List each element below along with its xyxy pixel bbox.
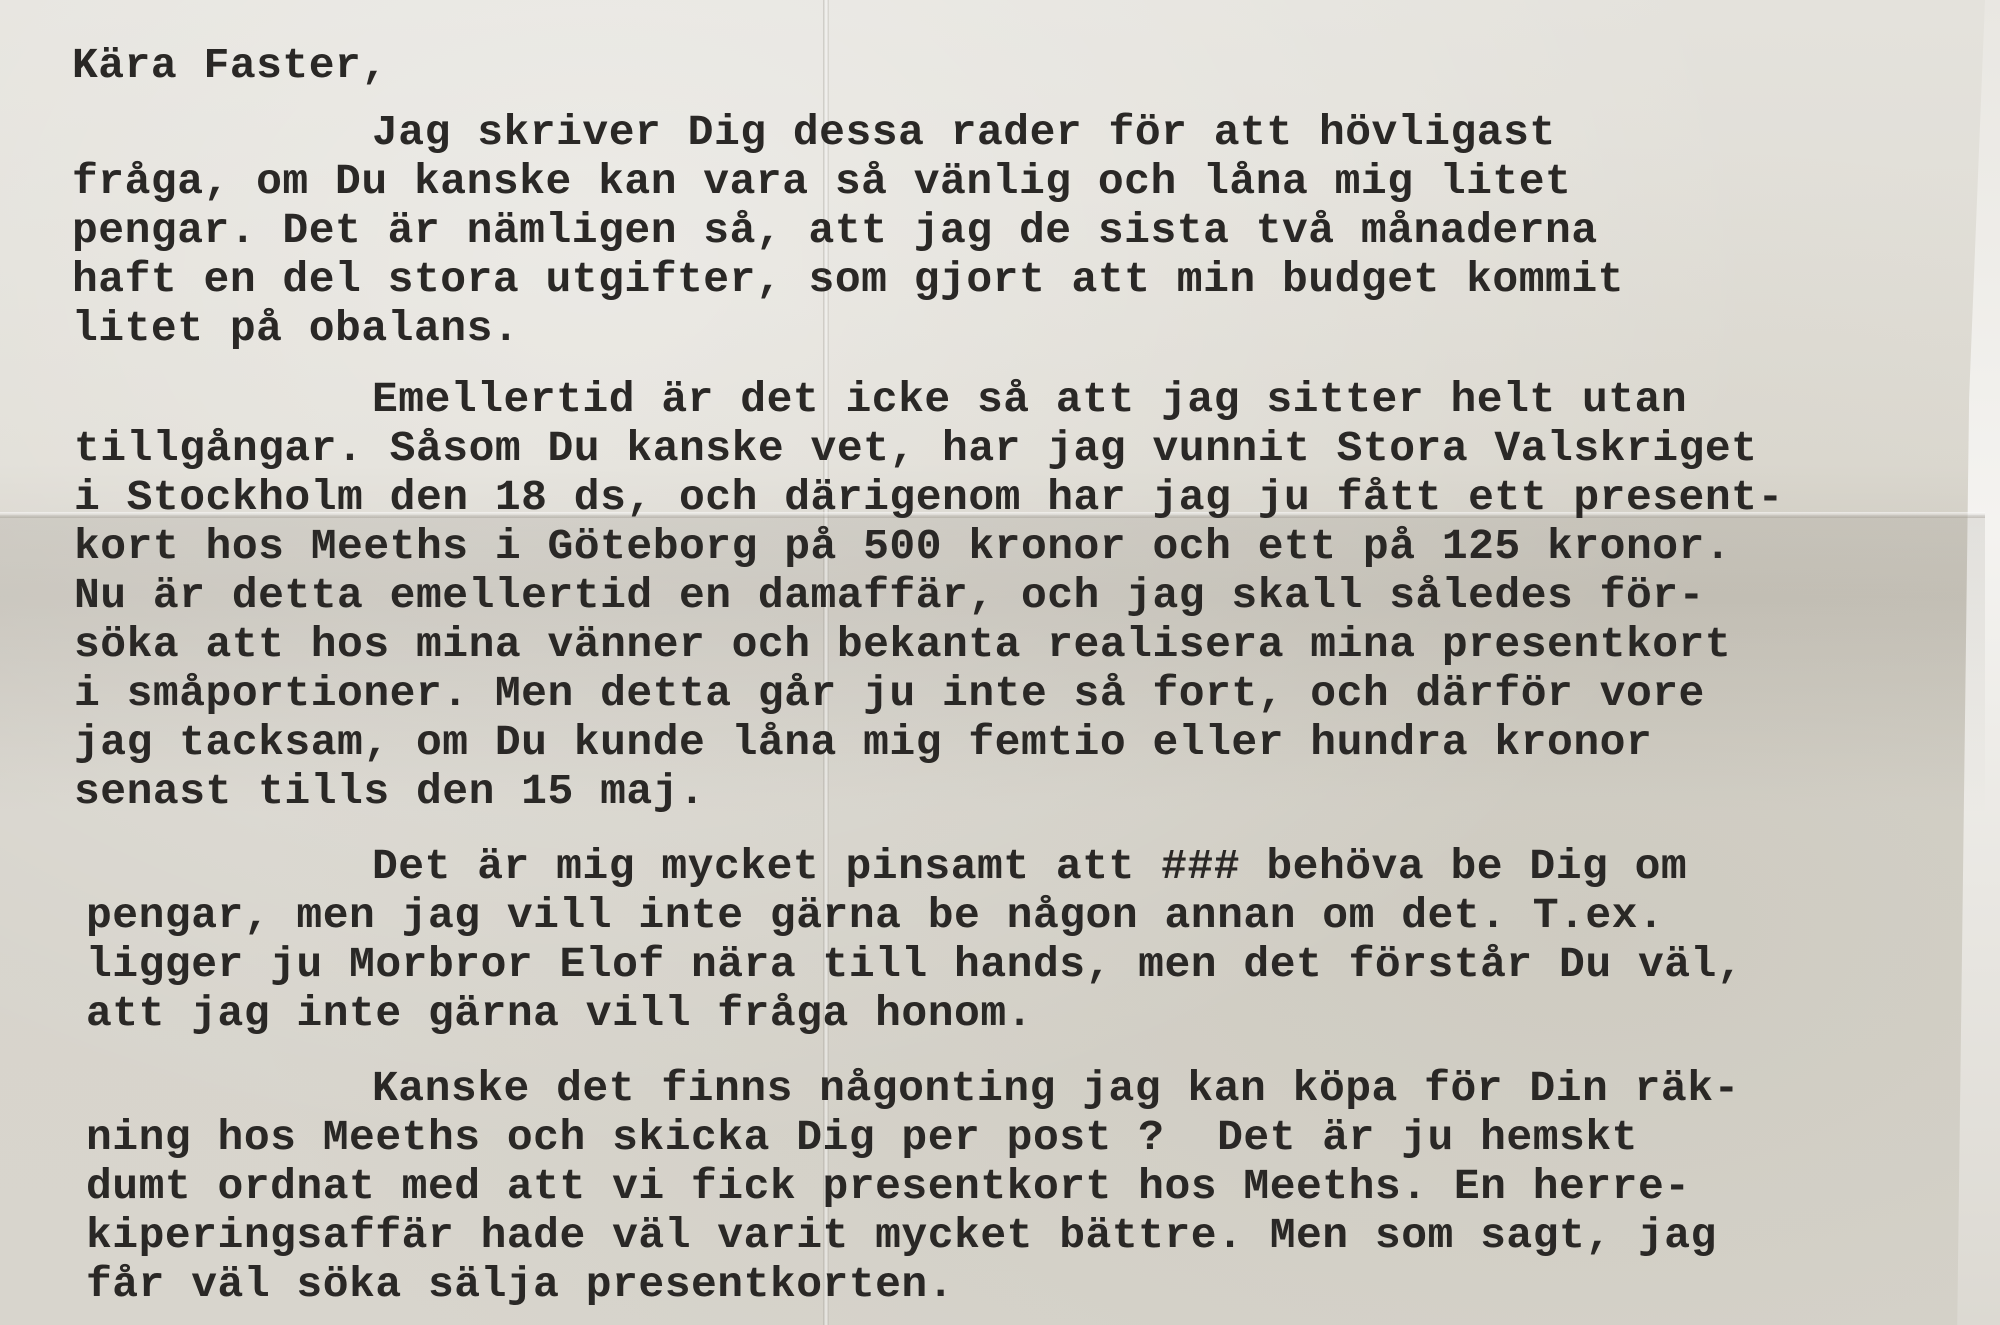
- text-line: Kanske det finns någonting jag kan köpa …: [72, 1064, 1972, 1113]
- text-line: att jag inte gärna vill fråga honom.: [72, 989, 1972, 1038]
- text-line: Emellertid är det icke så att jag sitter…: [72, 375, 1972, 424]
- letter-body: Kära Faster, Jag skriver Dig dessa rader…: [72, 30, 1972, 1309]
- text-line: kiperingsaffär hade väl varit mycket bät…: [72, 1211, 1972, 1260]
- text-line: ning hos Meeths och skicka Dig per post …: [72, 1113, 1972, 1162]
- paragraph-2: Emellertid är det icke så att jag sitter…: [72, 375, 1972, 816]
- text-line: pengar. Det är nämligen så, att jag de s…: [72, 206, 1972, 255]
- paragraph-3: Det är mig mycket pinsamt att ### behöva…: [72, 842, 1972, 1038]
- text-line: Det är mig mycket pinsamt att ### behöva…: [72, 842, 1972, 891]
- text-line: fråga, om Du kanske kan vara så vänlig o…: [72, 157, 1972, 206]
- text-line: litet på obalans.: [72, 304, 1972, 353]
- text-line: får väl söka sälja presentkorten.: [72, 1260, 1972, 1309]
- paragraph-4: Kanske det finns någonting jag kan köpa …: [72, 1064, 1972, 1309]
- text-line: dumt ordnat med att vi fick presentkort …: [72, 1162, 1972, 1211]
- text-line: i småportioner. Men detta går ju inte så…: [72, 669, 1972, 718]
- text-line: Jag skriver Dig dessa rader för att hövl…: [72, 108, 1972, 157]
- text-line: i Stockholm den 18 ds, och därigenom har…: [72, 473, 1972, 522]
- text-line: söka att hos mina vänner och bekanta rea…: [72, 620, 1972, 669]
- text-line: ligger ju Morbror Elof nära till hands, …: [72, 940, 1972, 989]
- text-line: tillgångar. Såsom Du kanske vet, har jag…: [72, 424, 1972, 473]
- text-line: senast tills den 15 maj.: [72, 767, 1972, 816]
- paragraph-1: Jag skriver Dig dessa rader för att hövl…: [72, 108, 1972, 353]
- salutation: Kära Faster,: [72, 42, 1972, 90]
- text-line: pengar, men jag vill inte gärna be någon…: [72, 891, 1972, 940]
- text-line: haft en del stora utgifter, som gjort at…: [72, 255, 1972, 304]
- text-line: kort hos Meeths i Göteborg på 500 kronor…: [72, 522, 1972, 571]
- text-line: Nu är detta emellertid en damaffär, och …: [72, 571, 1972, 620]
- text-line: jag tacksam, om Du kunde låna mig femtio…: [72, 718, 1972, 767]
